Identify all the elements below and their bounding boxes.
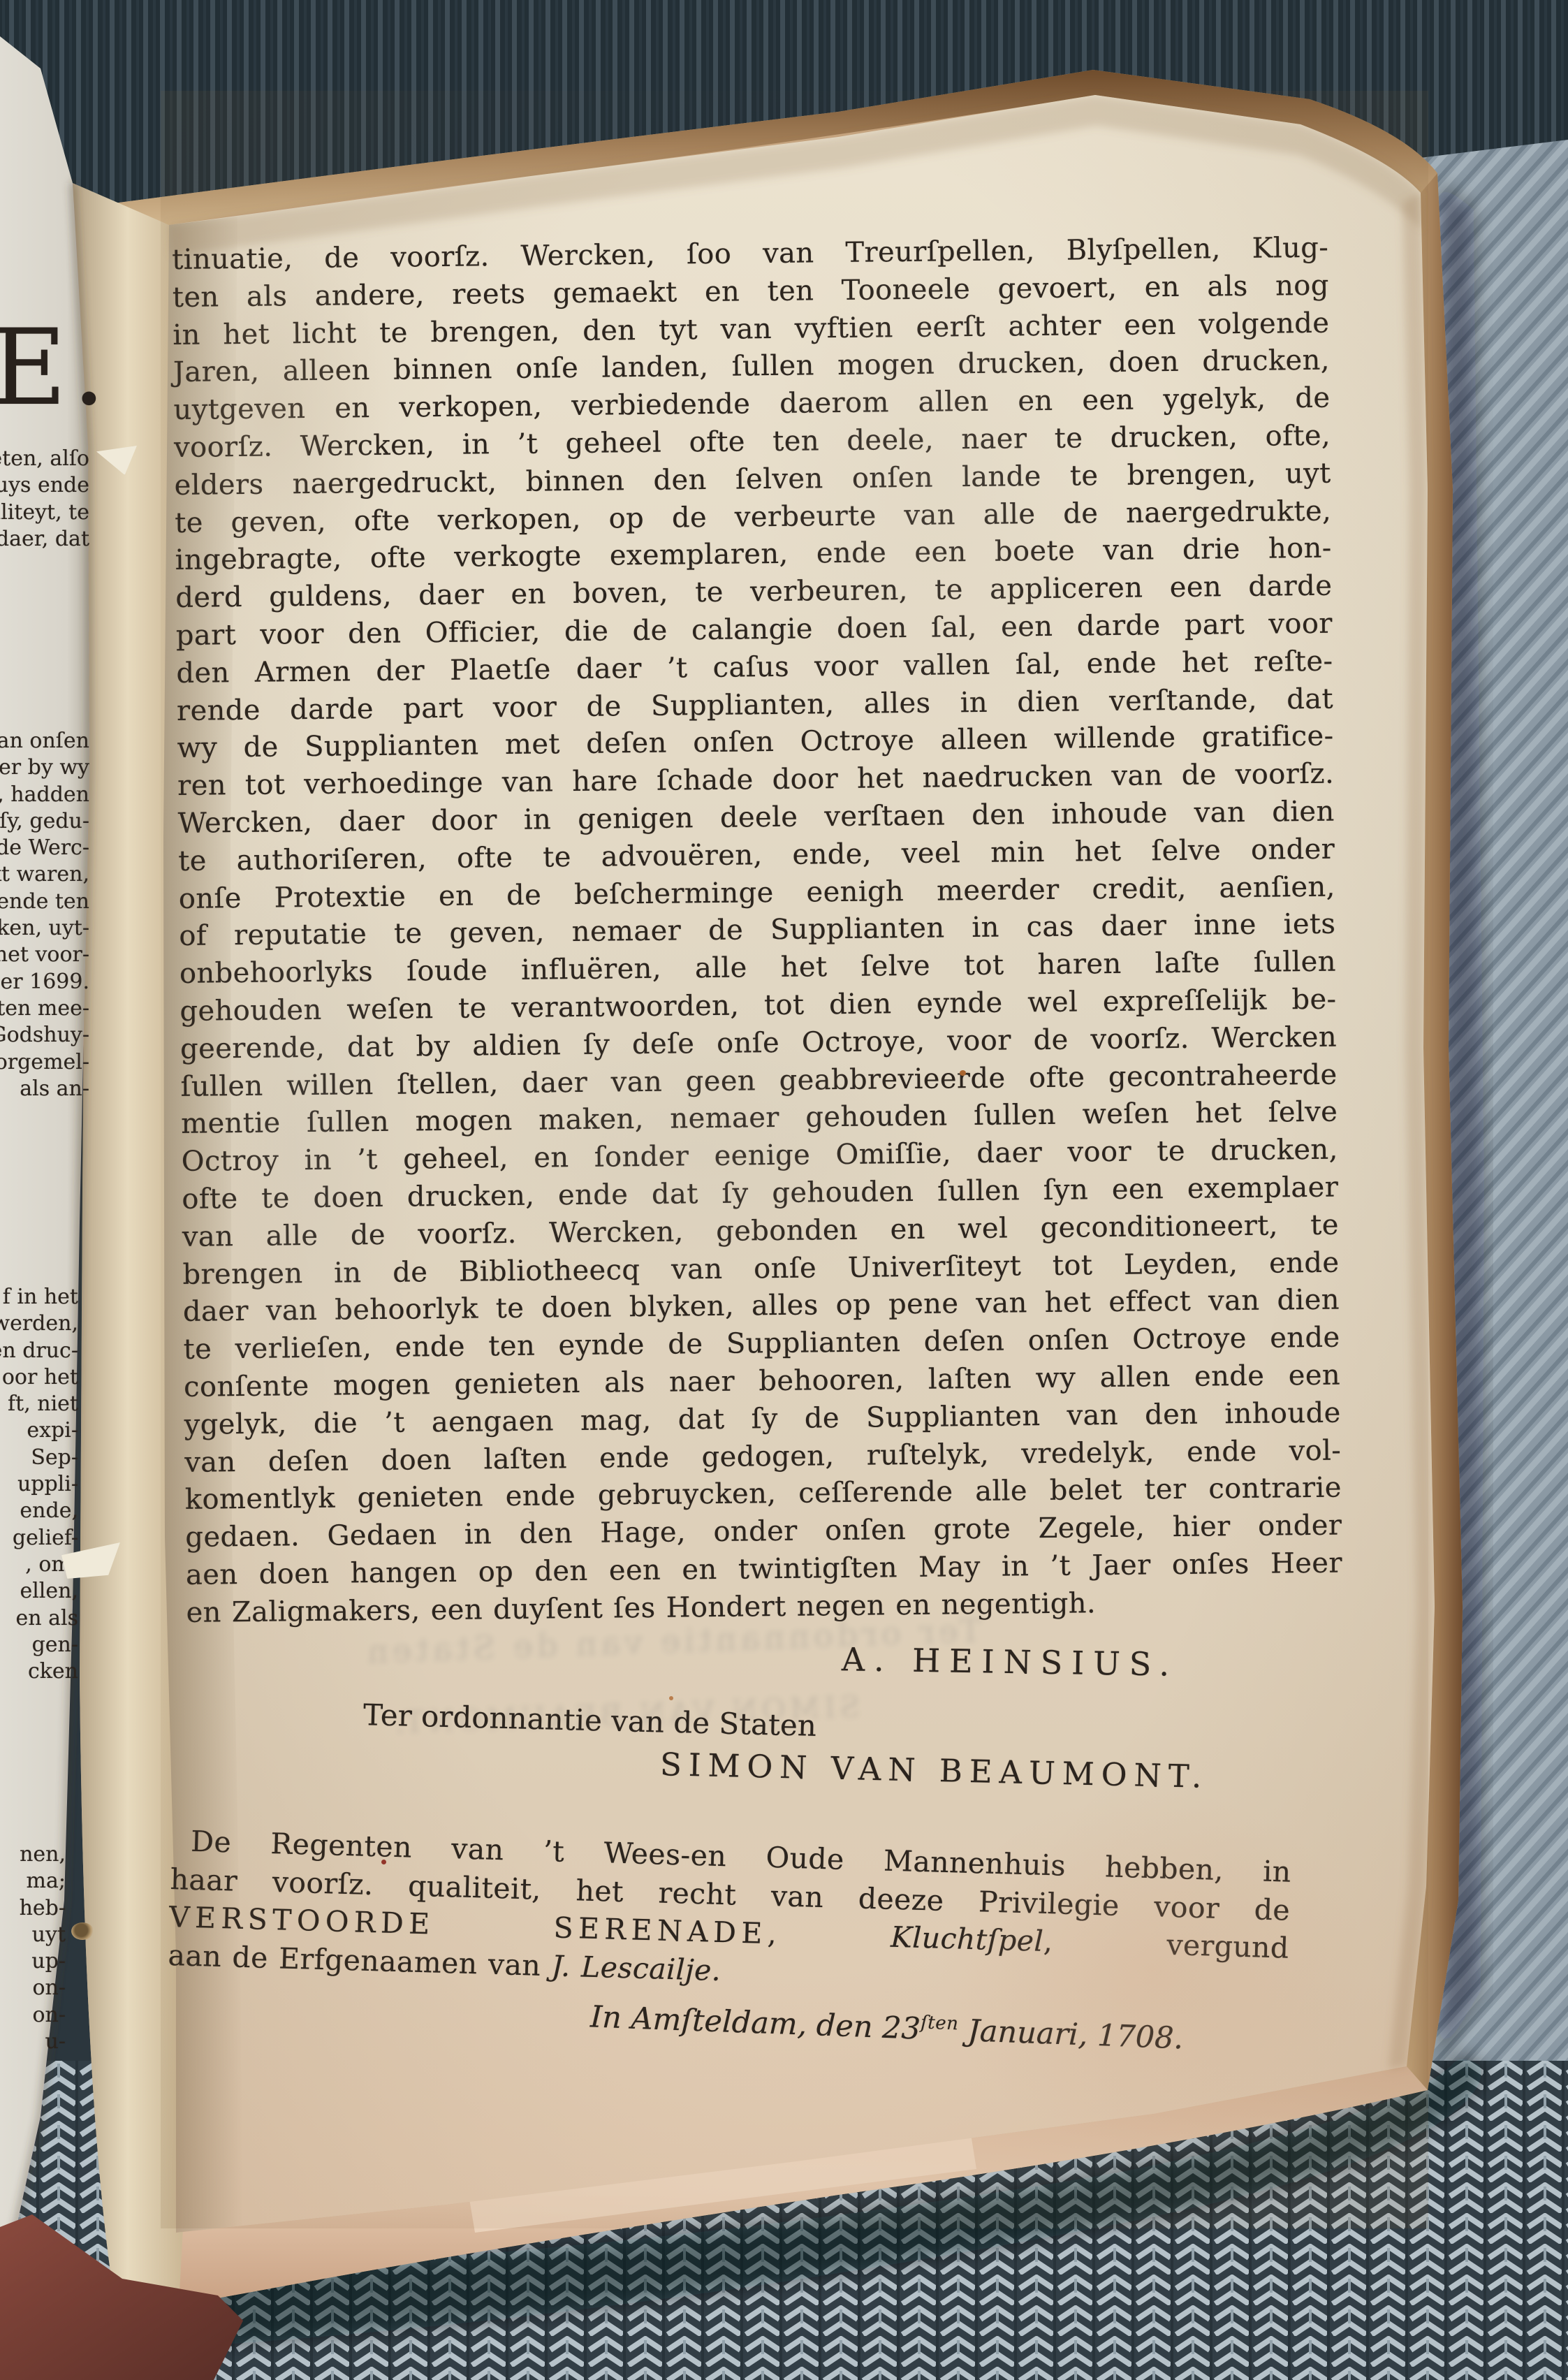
left-page-text-fragment: on- [0,2002,66,2029]
left-page-drop-initial: E. [0,316,111,421]
open-book-photo: eten, alſoeshuys endealiteyt, teldaer, d… [0,0,1568,2380]
left-page-text-fragment: ber 1699. [0,969,89,995]
left-page-text-fragment: ſy, gedu- [0,808,89,835]
left-page-text-fragment: en druc- [0,1338,78,1364]
left-page-text-fragment: f in het [0,1284,78,1311]
left-page-fragment-group: eten, alſoeshuys endealiteyt, teldaer, d… [0,446,89,553]
left-page-text-fragment: on- [0,1975,66,2001]
left-page-text-fragment: en als [0,1605,78,1632]
left-page-fragment-group: f in hetwerden,en druc-oor hetft, nietex… [0,1284,78,1685]
left-page-text-fragment: heb- [0,1895,66,1922]
left-page-fragment-group: nen,ma;heb-uytup-on-on-u- [0,1841,66,2055]
left-page-text-fragment: orgemel- [0,1049,89,1076]
left-page-text-fragment: aliteyt, te [0,499,89,526]
left-page-text-fragment: kt waren, [0,861,89,888]
ink-speck [381,1860,386,1864]
left-page-text-fragment: up- [0,1948,66,1975]
left-page-text-fragment: ende, [0,1498,78,1524]
left-page-text-fragment: het voor- [0,942,89,968]
left-page-text-fragment: nen, [0,1841,66,1868]
grant-text-segment: Kluchtſpel [891,1920,1044,1958]
left-page-text-fragment: gen- [0,1632,78,1658]
left-page-text-fragment: ft, niet [0,1391,78,1417]
wormhole [71,1922,94,1940]
left-page-text-fragment: de Werc- [0,835,89,861]
grant-text-segment: J. Lescailje. [551,1949,721,1987]
left-page-text-fragment: ma; [0,1868,66,1894]
left-page-text-fragment: eshuys ende [0,472,89,499]
ink-speck [960,1070,966,1076]
left-page-text-fragment: ten mee- [0,995,89,1022]
left-page-text-fragment: ende ten [0,889,89,915]
left-page-text-fragment: u- [0,2029,66,2055]
signature-heinsius: A. HEINSIUS. [842,1640,1179,1684]
left-page-text-fragment: Sep- [0,1445,78,1471]
left-page-text-fragment: ken, uyt- [0,915,89,942]
left-page-text-fragment: gelief- [0,1525,78,1552]
left-page-text-fragment: expi- [0,1417,78,1444]
left-page-text-fragment: uyt [0,1922,66,1948]
left-page-text-fragment: werden, [0,1311,78,1337]
left-page-text-fragment: als an- [0,1076,89,1102]
left-page-text-fragment: van onſen [0,728,89,754]
grant-text-segment: , vergund [1043,1925,1289,1965]
left-page-text-fragment: uppli- [0,1471,78,1498]
ink-speck [669,1696,673,1700]
left-page-text-fragment: oor het [0,1364,78,1391]
left-page-text-fragment: eten, alſo [0,446,89,472]
left-page-text-fragment: ldaer, dat [0,526,89,553]
left-page-fragment-group: van onſenaer by wy, haddenſy, gedu-de We… [0,728,89,1102]
left-page-text-fragment: aer by wy [0,754,89,781]
left-page-text-fragment: ellen, [0,1578,78,1605]
left-page-text-fragment: cken [0,1658,78,1685]
dateline-superscript: ſten [921,2012,959,2034]
left-page-text-fragment: Godshuy- [0,1022,89,1049]
privilege-paragraph: tinuatie, de voorſz. Wercken, ſoo van Tr… [172,230,1343,1633]
grant-paragraph: De Regenten van ’t Wees-en Oude Mannenhu… [168,1822,1291,2006]
left-page-text-fragment: , hadden [0,782,89,808]
grant-text-segment: , [767,1917,891,1954]
